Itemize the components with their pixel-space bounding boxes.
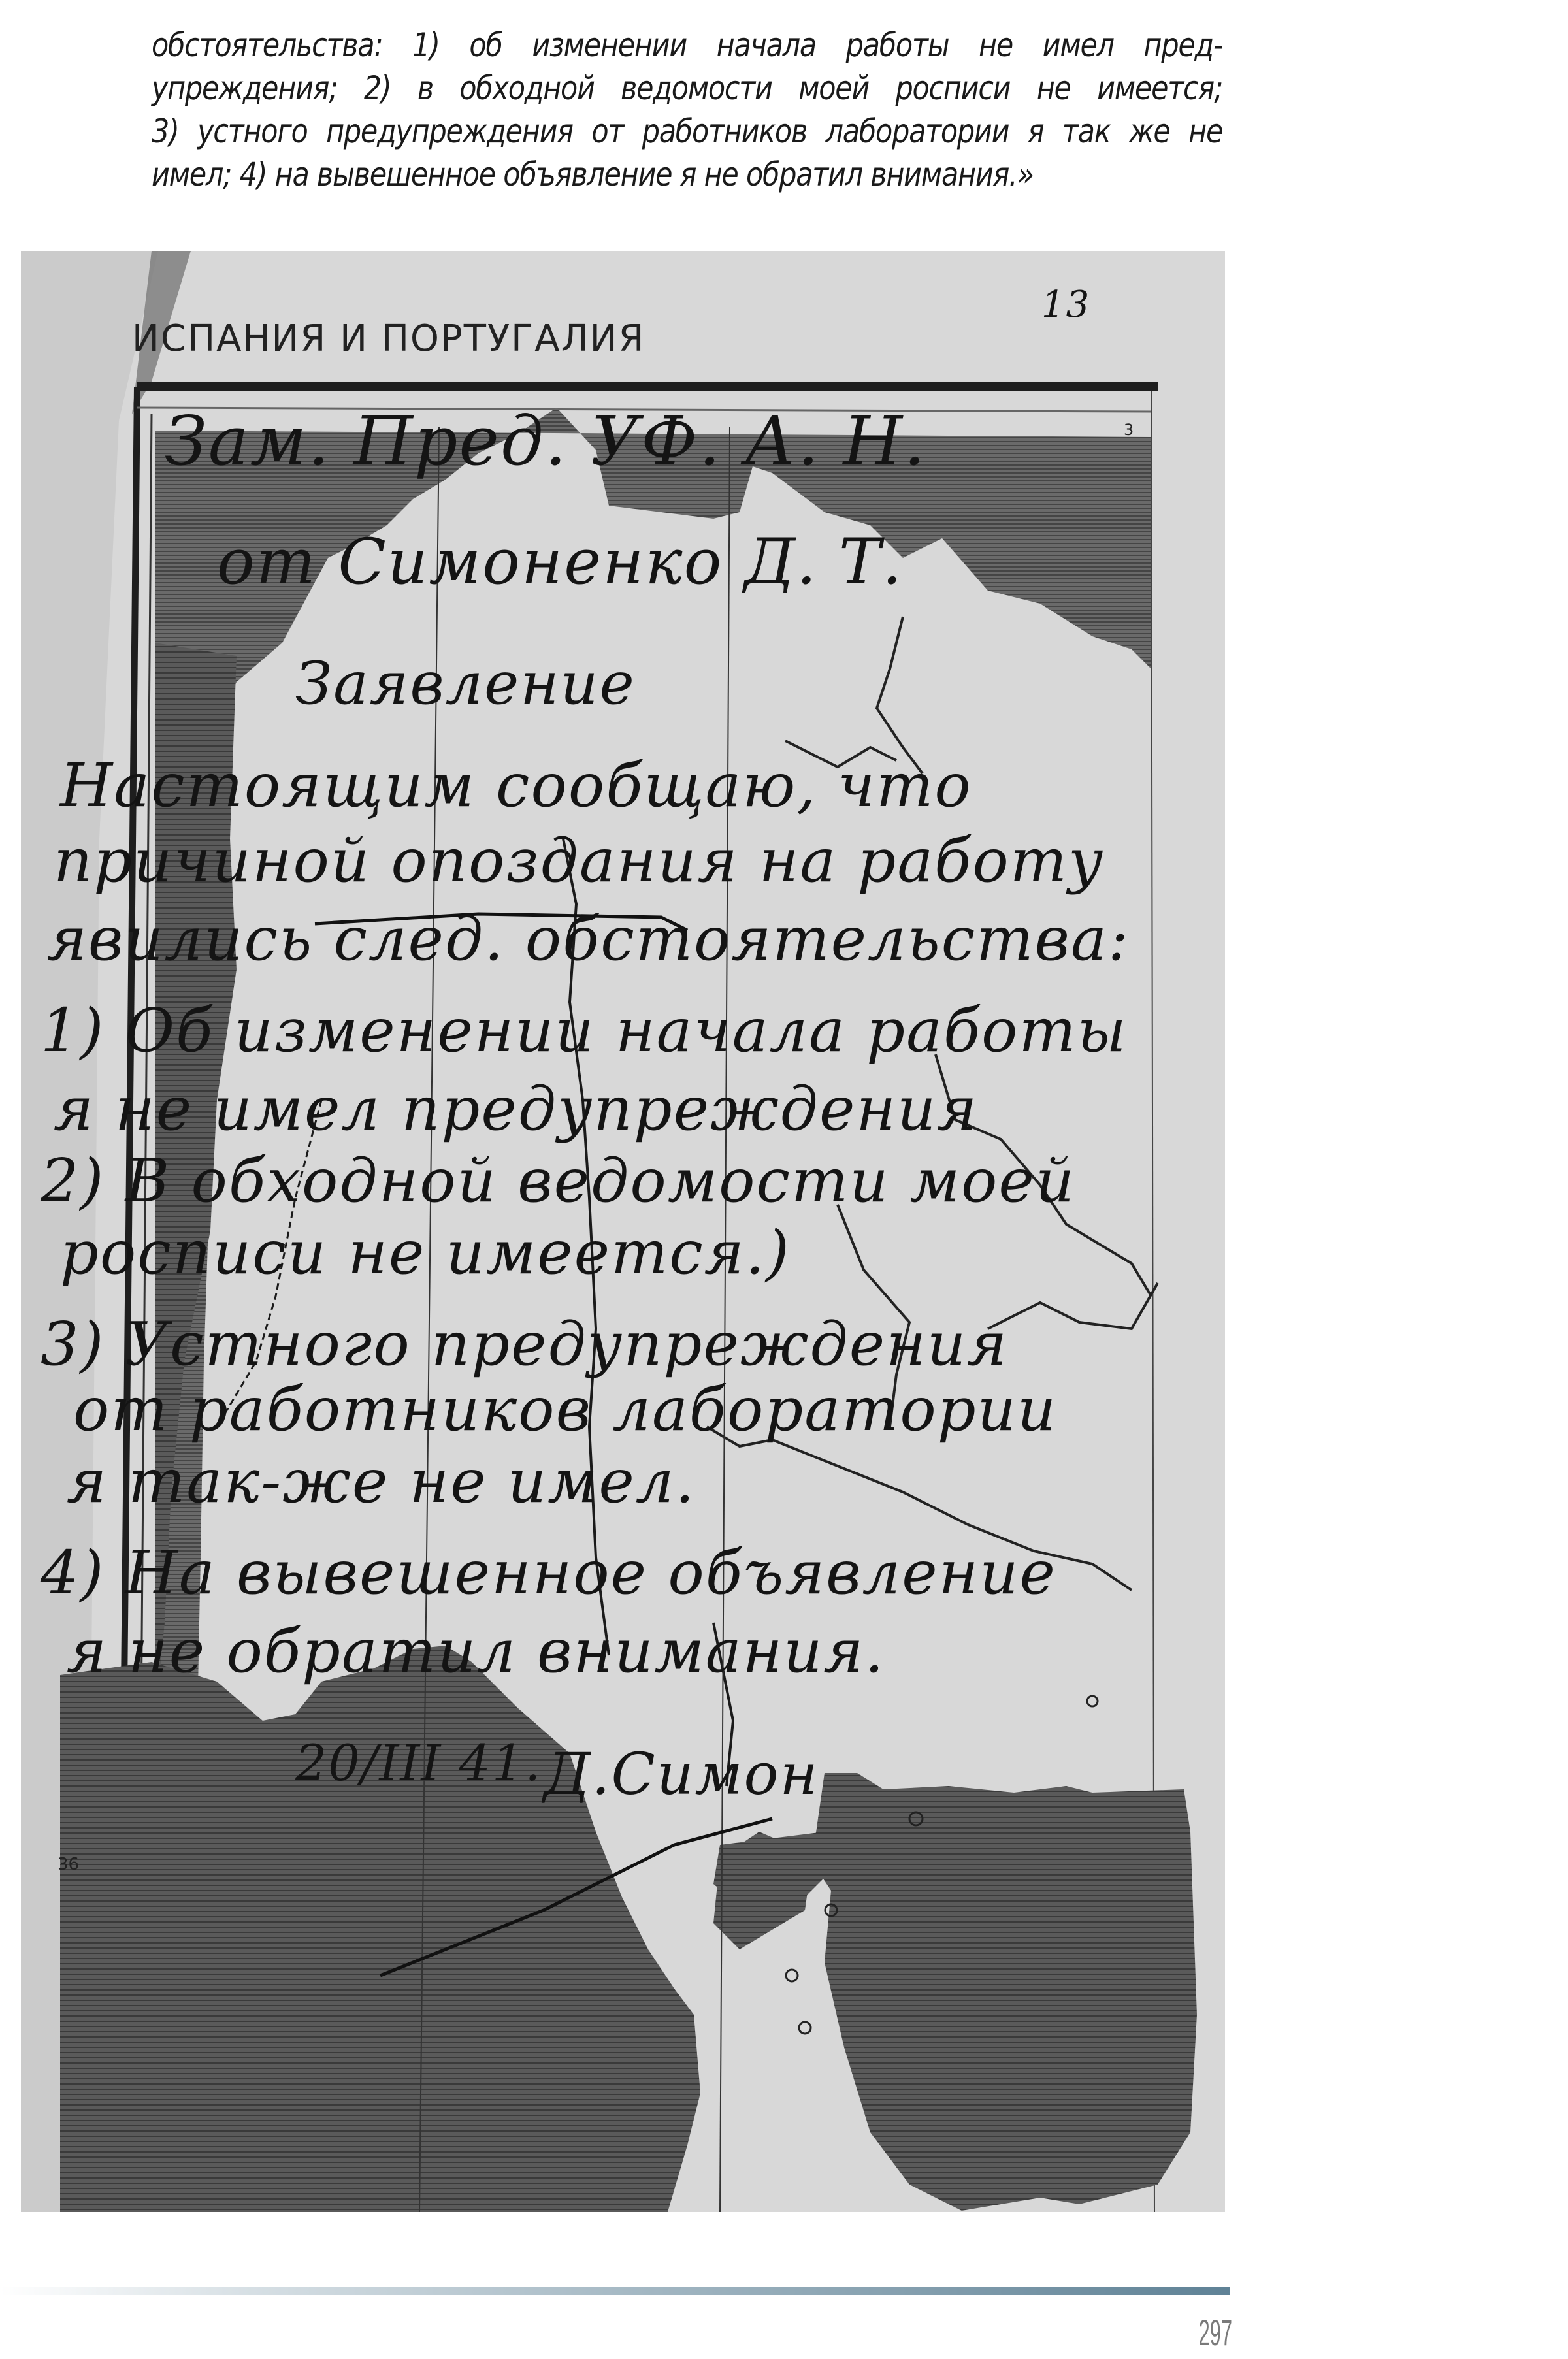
handwritten-line: Настоящим сообщаю, что bbox=[60, 751, 972, 821]
map-grid-label-top: 3 bbox=[1124, 421, 1134, 439]
handwritten-addressee: Зам. Пред. УФ. А. Н. bbox=[165, 401, 926, 481]
document-photograph: ИСПАНИЯ И ПОРТУГАЛИЯ 13 3 36 Зам. Пред. … bbox=[21, 251, 1225, 2212]
page-number: 297 bbox=[1196, 2311, 1232, 2354]
quote-line: упреждения; 2) в обходной ведомости моей… bbox=[152, 67, 1222, 110]
handwritten-line: росписи не имеется.) bbox=[60, 1218, 791, 1288]
handwritten-line: 1) Об изменении начала работы bbox=[41, 996, 1128, 1066]
handwritten-line: явились след. обстоятельства: bbox=[47, 904, 1130, 974]
quote-line: имел; 4) на вывешенное объявление я не о… bbox=[152, 153, 1222, 196]
handwritten-line: я так-же не имел. bbox=[67, 1446, 696, 1516]
handwritten-date: 20/III 41. bbox=[295, 1734, 542, 1792]
handwritten-line: 2) В обходной ведомости моей bbox=[41, 1146, 1075, 1216]
handwritten-title: Заявление bbox=[295, 649, 636, 718]
handwritten-signature: Д.Симон bbox=[544, 1740, 819, 1808]
handwritten-line: от работников лаборатории bbox=[73, 1375, 1057, 1444]
quote-line: 3) устного предупреждения от работников … bbox=[152, 110, 1222, 153]
handwritten-line: я не имел предупреждения bbox=[54, 1074, 978, 1144]
handwritten-line: 4) На вывешенное объявление bbox=[41, 1538, 1056, 1608]
quote-line: обстоятельства: 1) об изменении начала р… bbox=[152, 24, 1222, 67]
footer-rule bbox=[0, 2287, 1230, 2295]
handwritten-line: 3) Устного предупреждения bbox=[41, 1309, 1008, 1379]
printed-map-header: ИСПАНИЯ И ПОРТУГАЛИЯ bbox=[132, 317, 645, 360]
quote-paragraph: обстоятельства: 1) об изменении начала р… bbox=[152, 24, 1222, 196]
archive-page-number: 13 bbox=[1041, 284, 1090, 326]
map-grid-label-left: 36 bbox=[57, 1855, 79, 1874]
handwritten-line: я не обратил внимания. bbox=[67, 1616, 885, 1686]
handwritten-from: от Симоненко Д. Т. bbox=[217, 525, 904, 598]
handwritten-line: причиной опоздания на работу bbox=[54, 826, 1104, 896]
